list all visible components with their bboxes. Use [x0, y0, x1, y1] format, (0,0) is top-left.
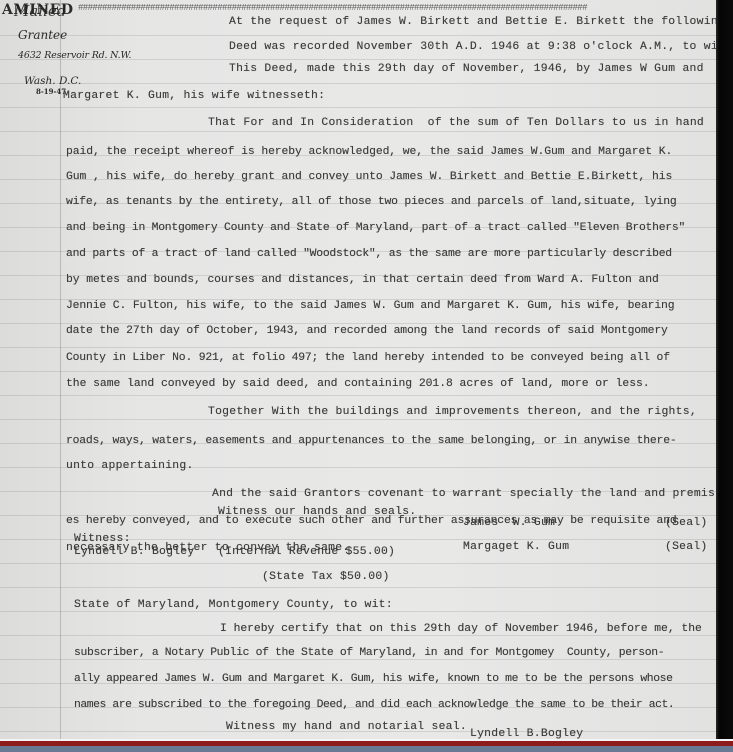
deed-line: by metes and bounds, courses and distanc… [66, 273, 659, 287]
margin-note-date: 8-19-47 [36, 87, 66, 96]
deed-line: and parts of a tract of land called "Woo… [66, 247, 672, 261]
deed-line: paid, the receipt whereof is hereby ackn… [66, 145, 672, 159]
witness-label: Witness: [74, 532, 131, 546]
deed-line: Jennie C. Fulton, his wife, to the said … [66, 299, 674, 313]
scan-right-edge [716, 0, 733, 740]
margin-note-address: 4632 Reservoir Rd. N.W. [18, 50, 131, 61]
header-hash-rule: ########################################… [78, 3, 718, 13]
internal-revenue-stamp: (Internal Revenue $55.00) [218, 545, 395, 559]
deed-line: date the 27th day of October, 1943, and … [66, 324, 668, 338]
deed-line: the same land conveyed by said deed, and… [66, 377, 650, 391]
signer-2-name: Margaget K. Gum [463, 540, 569, 554]
deed-line: Together With the buildings and improvem… [208, 405, 697, 419]
deed-line: unto appertaining. [66, 459, 194, 473]
margin-rule [60, 0, 61, 740]
deed-line: roads, ways, waters, easements and appur… [66, 434, 676, 448]
deed-line: And the said Grantors covenant to warran… [212, 487, 722, 501]
ack-line: names are subscribed to the foregoing De… [74, 698, 674, 712]
deed-line: This Deed, made this 29th day of Novembe… [229, 62, 704, 76]
deed-line: Gum , his wife, do hereby grant and conv… [66, 170, 672, 184]
ack-line: Witness my hand and notarial seal. [226, 720, 467, 734]
margin-note-recipient: Grantee [18, 28, 67, 42]
ack-line: State of Maryland, Montgomery County, to… [74, 598, 393, 612]
deed-line: County in Liber No. 921, at folio 497; t… [66, 351, 670, 365]
deed-line: and being in Montgomery County and State… [66, 221, 685, 235]
signer-2-seal: (Seal) [665, 540, 708, 554]
ack-line: I hereby certify that on this 29th day o… [220, 622, 702, 636]
ack-line: subscriber, a Notary Public of the State… [74, 646, 664, 660]
bottom-slate-bar [0, 746, 733, 752]
handwritten-mailed: Mailed [14, 2, 66, 20]
signer-1-seal: (Seal) [665, 516, 708, 530]
state-tax-stamp: (State Tax $50.00) [262, 570, 390, 584]
ack-line: ally appeared James W. Gum and Margaret … [74, 672, 673, 686]
margin-note-city: Wash. D.C. [24, 75, 81, 87]
deed-line: wife, as tenants by the entirety, all of… [66, 195, 676, 209]
witness-name: Lyndell B. Bogley [74, 545, 194, 559]
deed-line: Deed was recorded November 30th A.D. 194… [229, 40, 732, 54]
deed-line: At the request of James W. Birkett and B… [229, 15, 725, 29]
deed-line: That For and In Consideration of the sum… [208, 116, 704, 130]
deed-line: Margaret K. Gum, his wife witnesseth: [63, 89, 325, 103]
witness-hands-line: Witness our hands and seals. [218, 505, 416, 519]
signer-1-name: James W. Gum [463, 516, 555, 530]
